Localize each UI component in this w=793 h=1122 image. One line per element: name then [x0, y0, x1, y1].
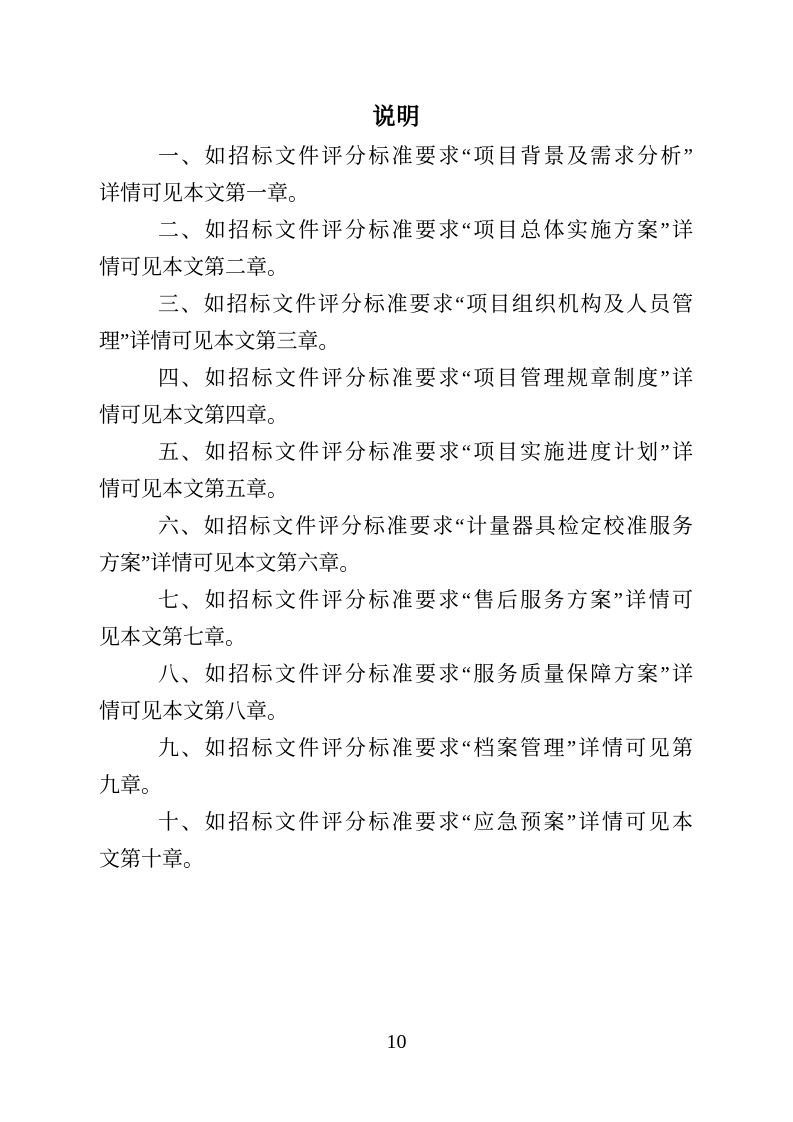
paragraph-9-line-2: 九章。	[99, 767, 693, 804]
page-title: 说明	[0, 0, 793, 138]
paragraph-4-line-1: 四、如招标文件评分标准要求“项目管理规章制度”详	[99, 360, 693, 397]
paragraph-6-line-1: 六、如招标文件评分标准要求“计量器具检定校准服务	[99, 508, 693, 545]
page-number: 10	[0, 1031, 793, 1053]
paragraph-4-line-2: 情可见本文第四章。	[99, 397, 693, 434]
paragraph: 六、如招标文件评分标准要求“计量器具检定校准服务 方案”详情可见本文第六章。	[99, 508, 693, 582]
paragraph-5-line-2: 情可见本文第五章。	[99, 471, 693, 508]
paragraph-6-line-2: 方案”详情可见本文第六章。	[99, 545, 693, 582]
paragraph: 四、如招标文件评分标准要求“项目管理规章制度”详 情可见本文第四章。	[99, 360, 693, 434]
paragraph-10-line-2: 文第十章。	[99, 841, 693, 878]
paragraph-3-line-2: 理”详情可见本文第三章。	[99, 323, 693, 360]
paragraph: 三、如招标文件评分标准要求“项目组织机构及人员管 理”详情可见本文第三章。	[99, 286, 693, 360]
document-body: 一、如招标文件评分标准要求“项目背景及需求分析” 详情可见本文第一章。 二、如招…	[0, 138, 793, 878]
paragraph-3-line-1: 三、如招标文件评分标准要求“项目组织机构及人员管	[99, 286, 693, 323]
paragraph-2-line-1: 二、如招标文件评分标准要求“项目总体实施方案”详	[99, 212, 693, 249]
paragraph-8-line-1: 八、如招标文件评分标准要求“服务质量保障方案”详	[99, 656, 693, 693]
paragraph-7-line-2: 见本文第七章。	[99, 619, 693, 656]
paragraph: 一、如招标文件评分标准要求“项目背景及需求分析” 详情可见本文第一章。	[99, 138, 693, 212]
paragraph-10-line-1: 十、如招标文件评分标准要求“应急预案”详情可见本	[99, 804, 693, 841]
paragraph-1-line-2: 详情可见本文第一章。	[99, 175, 693, 212]
paragraph-9-line-1: 九、如招标文件评分标准要求“档案管理”详情可见第	[99, 730, 693, 767]
paragraph-7-line-1: 七、如招标文件评分标准要求“售后服务方案”详情可	[99, 582, 693, 619]
paragraph: 五、如招标文件评分标准要求“项目实施进度计划”详 情可见本文第五章。	[99, 434, 693, 508]
paragraph: 八、如招标文件评分标准要求“服务质量保障方案”详 情可见本文第八章。	[99, 656, 693, 730]
paragraph: 二、如招标文件评分标准要求“项目总体实施方案”详 情可见本文第二章。	[99, 212, 693, 286]
paragraph-5-line-1: 五、如招标文件评分标准要求“项目实施进度计划”详	[99, 434, 693, 471]
paragraph: 九、如招标文件评分标准要求“档案管理”详情可见第 九章。	[99, 730, 693, 804]
paragraph: 七、如招标文件评分标准要求“售后服务方案”详情可 见本文第七章。	[99, 582, 693, 656]
paragraph-2-line-2: 情可见本文第二章。	[99, 249, 693, 286]
paragraph-8-line-2: 情可见本文第八章。	[99, 693, 693, 730]
document-page: 说明 一、如招标文件评分标准要求“项目背景及需求分析” 详情可见本文第一章。 二…	[0, 0, 793, 1122]
paragraph: 十、如招标文件评分标准要求“应急预案”详情可见本 文第十章。	[99, 804, 693, 878]
paragraph-1-line-1: 一、如招标文件评分标准要求“项目背景及需求分析”	[99, 138, 693, 175]
